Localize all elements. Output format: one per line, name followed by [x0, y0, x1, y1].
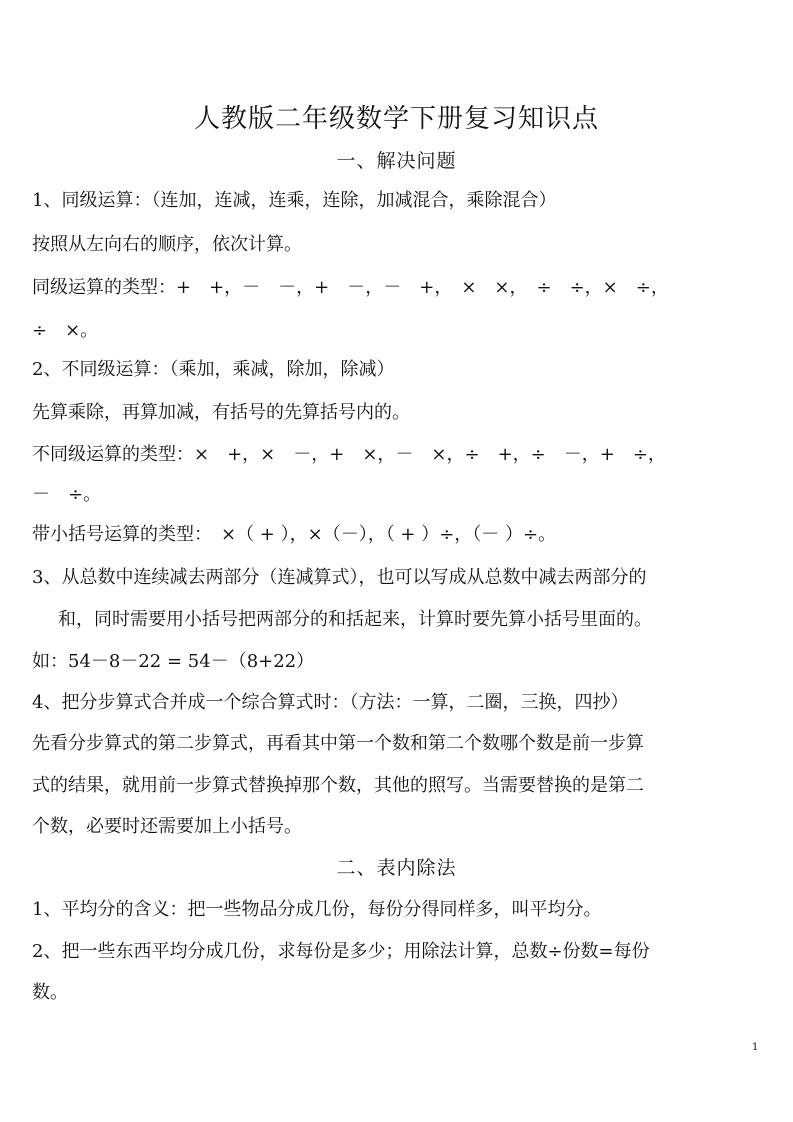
paragraph-line: 个数，必要时还需要加上小括号。	[32, 812, 772, 838]
paragraph-line: ÷ ×。	[32, 316, 772, 342]
paragraph-line: 4、把分步算式合并成一个综合算式时：（方法：一算，二圈，三换，四抄）	[32, 688, 772, 714]
paragraph-line: 1、同级运算：（连加，连减，连乘，连除，加减混合，乘除混合）	[32, 186, 772, 212]
section-heading-2: 二、表内除法	[0, 853, 793, 880]
page-number: 1	[752, 1042, 758, 1053]
paragraph-line: 先算乘除，再算加减，有括号的先算括号内的。	[32, 398, 772, 424]
paragraph-line: 带小括号运算的类型： ×（ + ），×（－），（ + ）÷，（－ ）÷。	[32, 520, 772, 546]
paragraph-line: 按照从左向右的顺序，依次计算。	[32, 230, 772, 256]
paragraph-line: 数。	[32, 978, 772, 1004]
document-title: 人教版二年级数学下册复习知识点	[0, 98, 793, 135]
paragraph-line: 同级运算的类型：+ +，－ －，+ －，－ +， × ×， ÷ ÷，× ÷，	[32, 273, 772, 299]
paragraph-line: 如：54－8－22 = 54－（8+22）	[32, 647, 772, 673]
paragraph-line: 2、把一些东西平均分成几份，求每份是多少；用除法计算，总数÷份数=每份	[32, 937, 772, 963]
paragraph-line: 不同级运算的类型：× +，× －，+ ×，－ ×，÷ +，÷ －，+ ÷，	[32, 440, 772, 466]
paragraph-line: 2、不同级运算：（乘加，乘减，除加，除减）	[32, 355, 772, 381]
section-heading-1: 一、解决问题	[0, 146, 793, 173]
paragraph-line: 3、从总数中连续减去两部分（连减算式），也可以写成从总数中减去两部分的	[32, 563, 772, 589]
paragraph-line: － ÷。	[32, 480, 772, 506]
paragraph-line: 1、平均分的含义：把一些物品分成几份，每份分得同样多，叫平均分。	[32, 895, 772, 921]
paragraph-line: 先看分步算式的第二步算式，再看其中第一个数和第二个数哪个数是前一步算	[32, 729, 772, 755]
paragraph-line: 式的结果，就用前一步算式替换掉那个数，其他的照写。当需要替换的是第二	[32, 771, 772, 797]
paragraph-line: 和，同时需要用小括号把两部分的和括起来，计算时要先算小括号里面的。	[58, 605, 793, 631]
